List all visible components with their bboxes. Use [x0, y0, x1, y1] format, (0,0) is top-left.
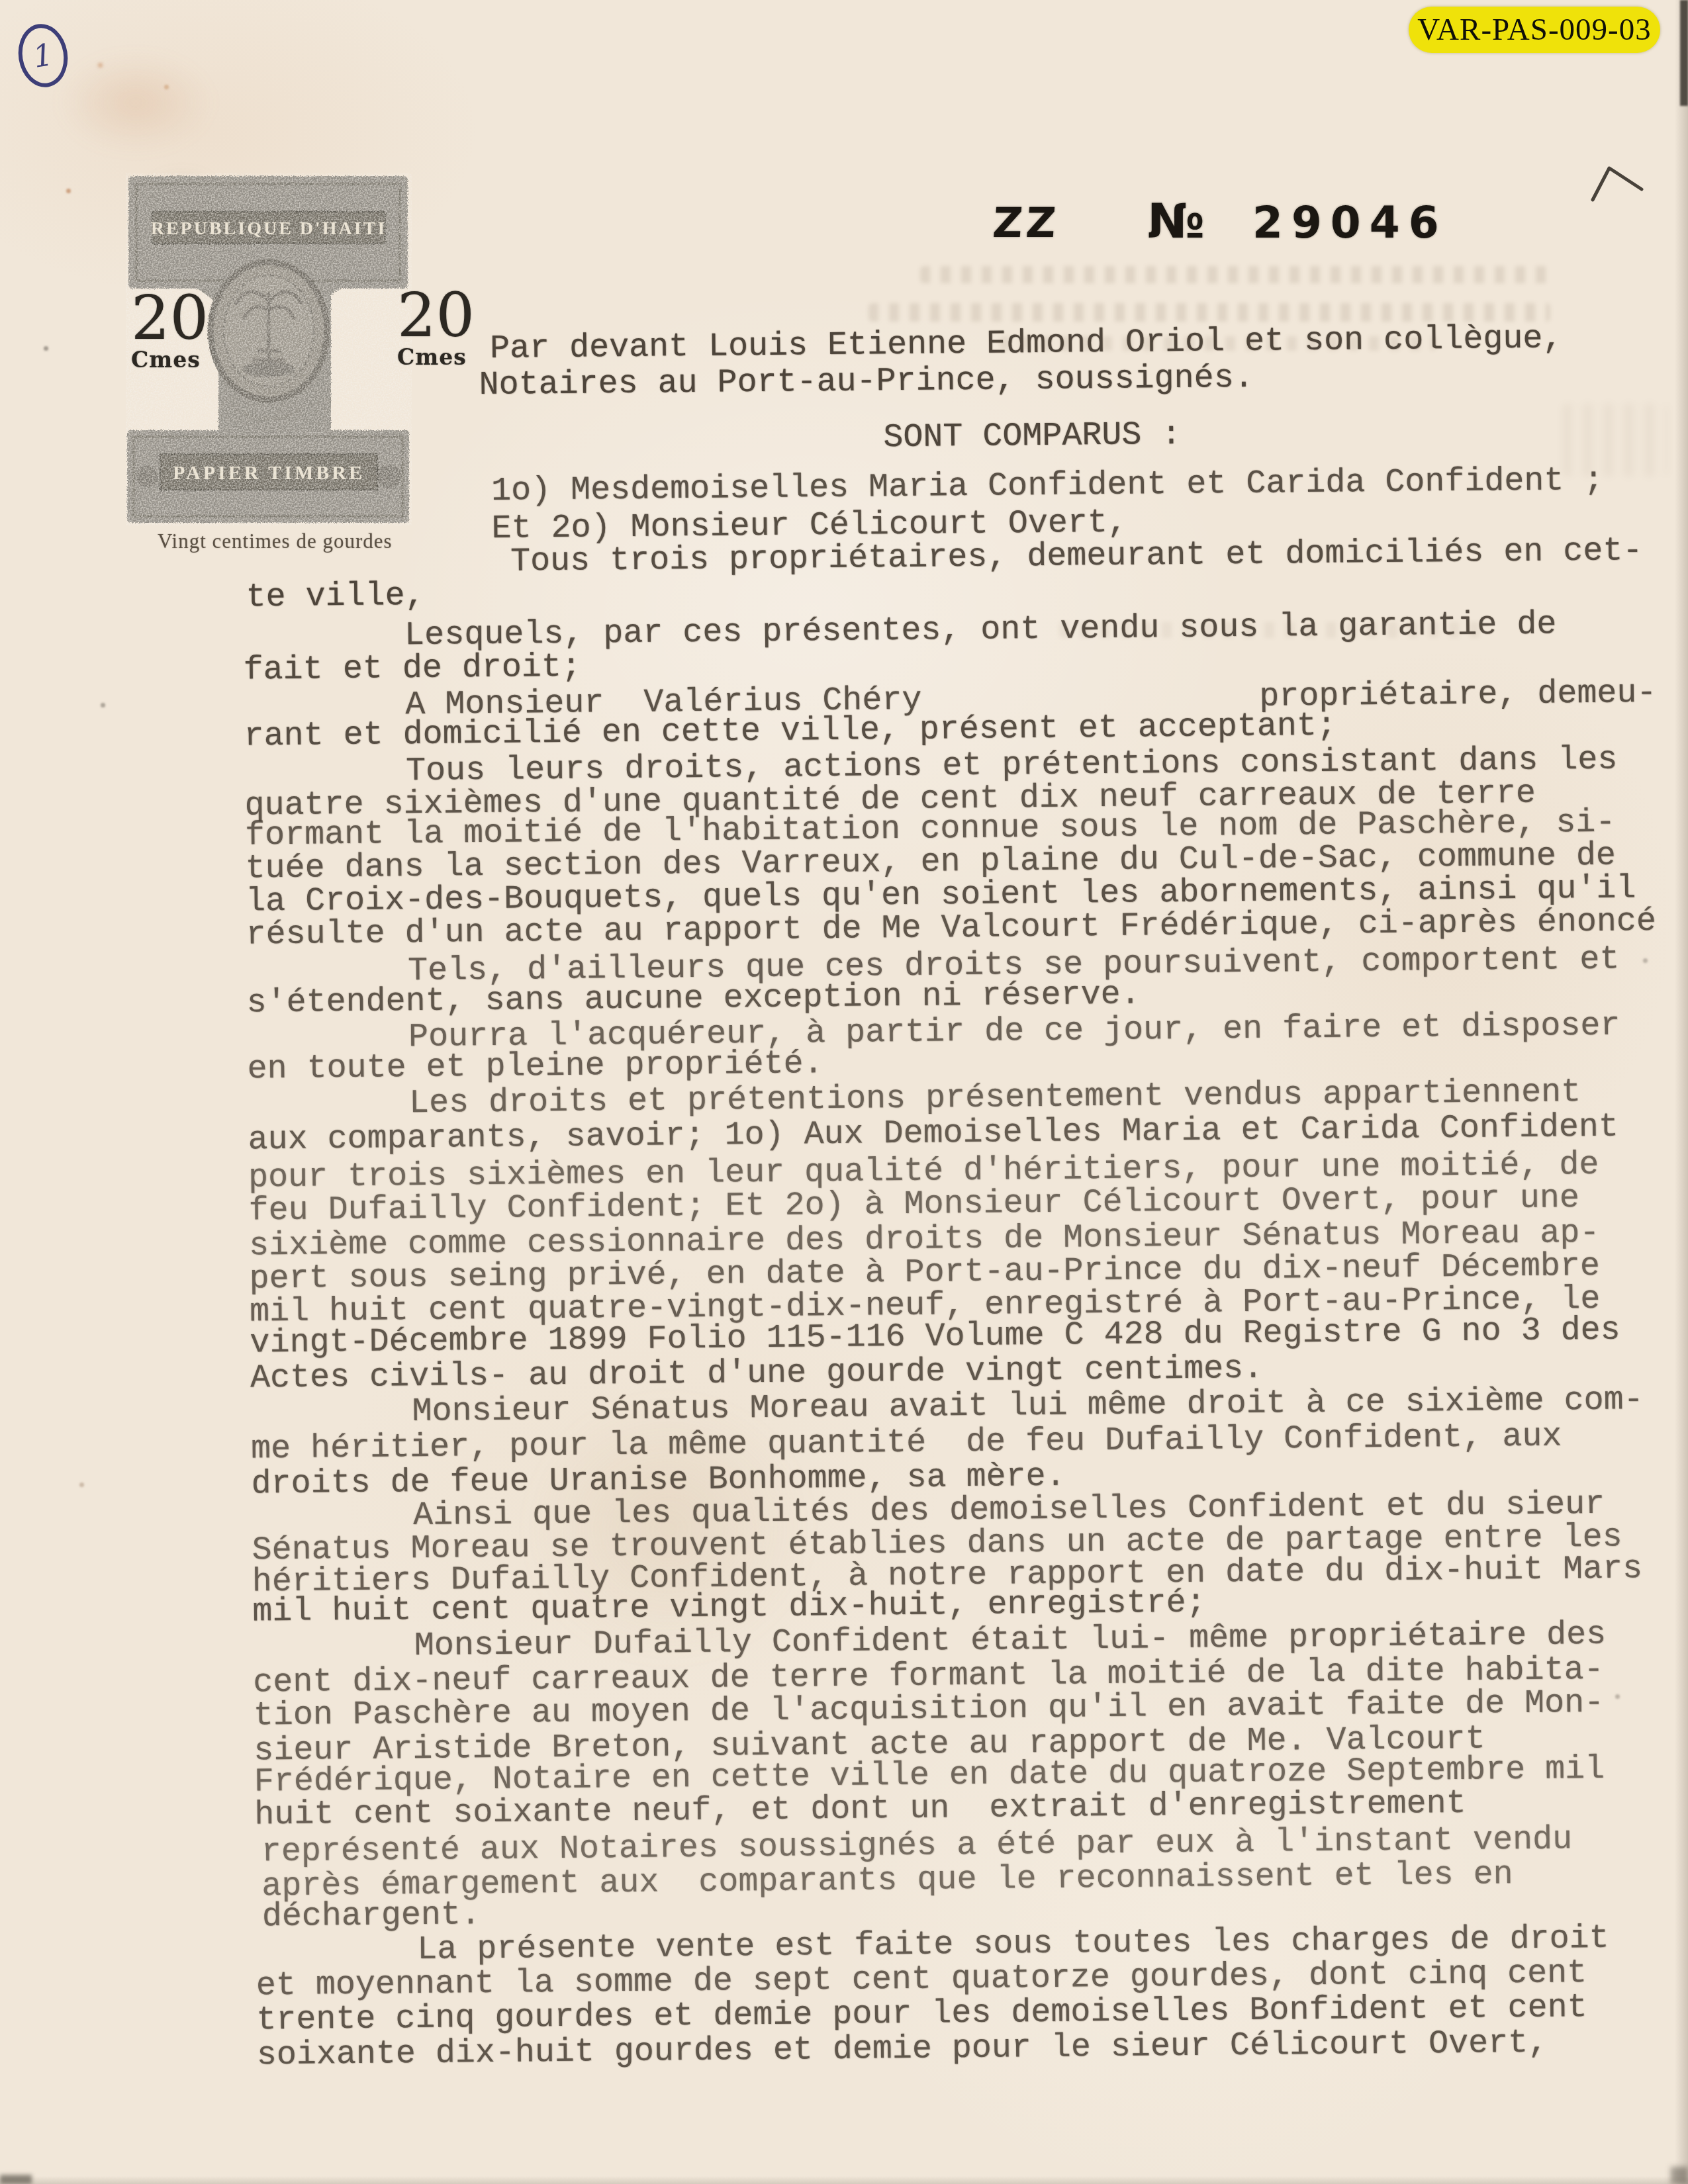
typed-line: SONT COMPARUS : — [883, 419, 1182, 455]
scan-edge-shadow — [0, 2176, 1688, 2184]
typed-line: Par devant Louis Etienne Edmond Oriol et… — [490, 322, 1563, 366]
scan-corner-mark — [1671, 2167, 1688, 2184]
typed-line: Lesquels, par ces présentes, ont vendu s… — [404, 608, 1557, 653]
typed-line: Notaires au Port-au-Prince, soussignés. — [479, 362, 1254, 402]
scan-corner-mark — [0, 2175, 32, 2184]
typed-line: te ville, — [246, 580, 425, 615]
scan-edge-shadow — [1675, 0, 1688, 2184]
typed-text-block: Par devant Louis Etienne Edmond Oriol et… — [0, 0, 1688, 2184]
typed-line: Tous trois propriétaires, demeurant et d… — [510, 535, 1643, 578]
typed-line: fait et de droit; — [244, 651, 582, 688]
typed-line: déchargent. — [262, 1899, 481, 1934]
scan-edge-dark-sliver — [1680, 0, 1688, 106]
typed-line: 1o) Mesdemoiselles Maria Confident et Ca… — [491, 465, 1604, 508]
scanned-document-page: 1 VAR-PAS-009-03 ZZ № 29046 — [0, 0, 1688, 2184]
typed-line: en toute et pleine propriété. — [247, 1048, 823, 1086]
